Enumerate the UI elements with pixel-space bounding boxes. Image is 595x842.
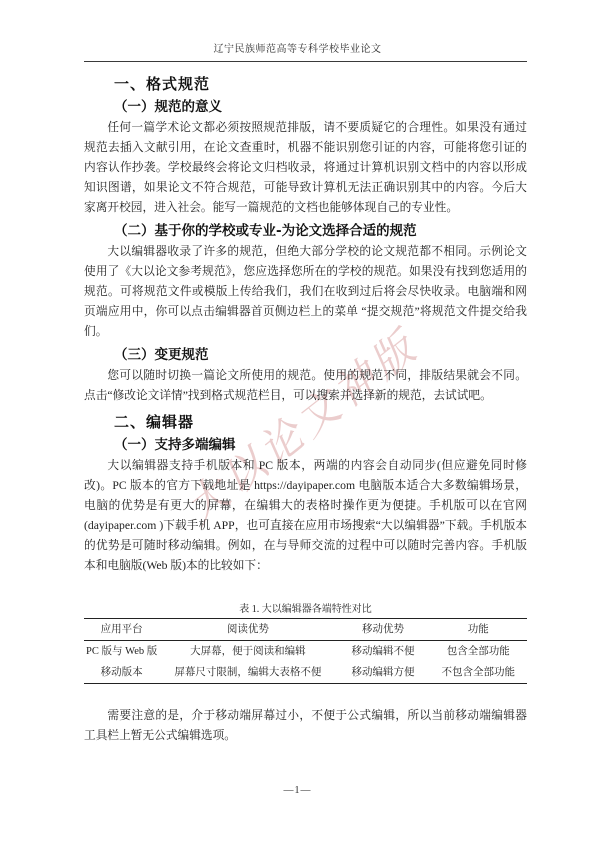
paragraph-meaning: 任何一篇学术论文都必须按照规范排版，请不要质疑它的合理性。如果没有通过规范去插入… <box>84 118 527 218</box>
table-header-row: 应用平台 阅读优势 移动优势 功能 <box>84 619 527 641</box>
table-row: 移动版本 屏幕尺寸限制，编辑大表格不便 移动编辑方便 不包含全部功能 <box>84 662 527 684</box>
table-header-feature: 功能 <box>430 619 527 641</box>
subsection-heading-multi-edit: （一）支持多端编辑 <box>84 436 527 454</box>
table-cell: 移动版本 <box>84 662 159 684</box>
paragraph-multi-edit: 大以编辑器支持手机版本和 PC 版本，两端的内容会自动同步(但应避免同时修改)。… <box>84 456 527 576</box>
comparison-table: 应用平台 阅读优势 移动优势 功能 PC 版与 Web 版 大屏幕，便于阅读和编… <box>84 618 527 684</box>
table-cell: 屏幕尺寸限制，编辑大表格不便 <box>159 662 336 684</box>
page-header-title: 辽宁民族师范高等专科学校毕业论文 <box>0 40 595 55</box>
paragraph-choose: 大以编辑器收录了许多的规范，但绝大部分学校的论文规范都不相同。示例论文使用了《大… <box>84 242 527 342</box>
subsection-heading-change: （三）变更规范 <box>84 346 527 364</box>
table-cell: 包含全部功能 <box>430 641 527 663</box>
table-cell: 不包含全部功能 <box>430 662 527 684</box>
header-rule <box>84 61 527 62</box>
table-cell: 移动编辑方便 <box>337 662 430 684</box>
document-body: 一、格式规范 （一）规范的意义 任何一篇学术论文都必须按照规范排版，请不要质疑它… <box>84 68 527 746</box>
table-caption: 表 1. 大以编辑器各端特性对比 <box>84 600 527 615</box>
table-cell: PC 版与 Web 版 <box>84 641 159 663</box>
paragraph-note: 需要注意的是，介于移动端屏幕过小，不便于公式编辑，所以当前移动端编辑器工具栏上暂… <box>84 706 527 746</box>
table-header-mobile: 移动优势 <box>337 619 430 641</box>
document-page: 辽宁民族师范高等专科学校毕业论文 大以论文神版 一、格式规范 （一）规范的意义 … <box>0 0 595 842</box>
table-cell: 大屏幕，便于阅读和编辑 <box>159 641 336 663</box>
subsection-heading-meaning: （一）规范的意义 <box>84 98 527 116</box>
page-number: —1— <box>0 785 595 796</box>
paragraph-change: 您可以随时切换一篇论文所使用的规范。使用的规范不同，排版结果就会不同。点击“修改… <box>84 366 527 406</box>
table-header-platform: 应用平台 <box>84 619 159 641</box>
table-row: PC 版与 Web 版 大屏幕，便于阅读和编辑 移动编辑不便 包含全部功能 <box>84 641 527 663</box>
section-heading-format: 一、格式规范 <box>84 74 527 94</box>
table-cell: 移动编辑不便 <box>337 641 430 663</box>
section-heading-editor: 二、编辑器 <box>84 412 527 432</box>
table-header-reading: 阅读优势 <box>159 619 336 641</box>
subsection-heading-choose: （二）基于你的学校或专业-为论文选择合适的规范 <box>84 222 527 240</box>
